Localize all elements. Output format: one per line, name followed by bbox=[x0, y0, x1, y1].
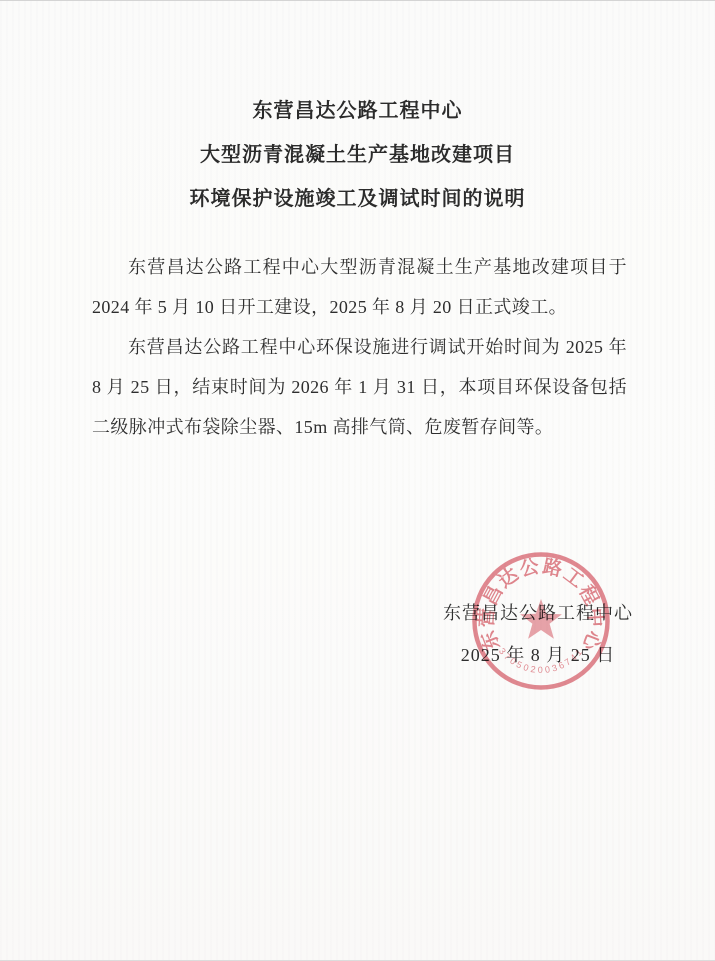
document-page: 东营昌达公路工程中心 大型沥青混凝土生产基地改建项目 环境保护设施竣工及调试时间… bbox=[0, 0, 715, 961]
title-line-3: 环境保护设施竣工及调试时间的说明 bbox=[0, 177, 715, 221]
paragraph-2: 东营昌达公路工程中心环保设施进行调试开始时间为 2025 年 8 月 25 日，… bbox=[92, 327, 627, 447]
seal-star-icon bbox=[520, 599, 562, 639]
seal-number-holder: 3705020036741 bbox=[497, 646, 585, 675]
document-title: 东营昌达公路工程中心 大型沥青混凝土生产基地改建项目 环境保护设施竣工及调试时间… bbox=[0, 1, 715, 221]
official-seal-stamp: 东营昌达公路工程中心 3705020036741 bbox=[471, 551, 611, 691]
paragraph-1: 东营昌达公路工程中心大型沥青混凝土生产基地改建项目于 2024 年 5 月 10… bbox=[92, 247, 627, 327]
document-body: 东营昌达公路工程中心大型沥青混凝土生产基地改建项目于 2024 年 5 月 10… bbox=[0, 247, 715, 447]
seal-number: 3705020036741 bbox=[497, 646, 585, 675]
title-line-1: 东营昌达公路工程中心 bbox=[0, 89, 715, 133]
title-line-2: 大型沥青混凝土生产基地改建项目 bbox=[0, 133, 715, 177]
